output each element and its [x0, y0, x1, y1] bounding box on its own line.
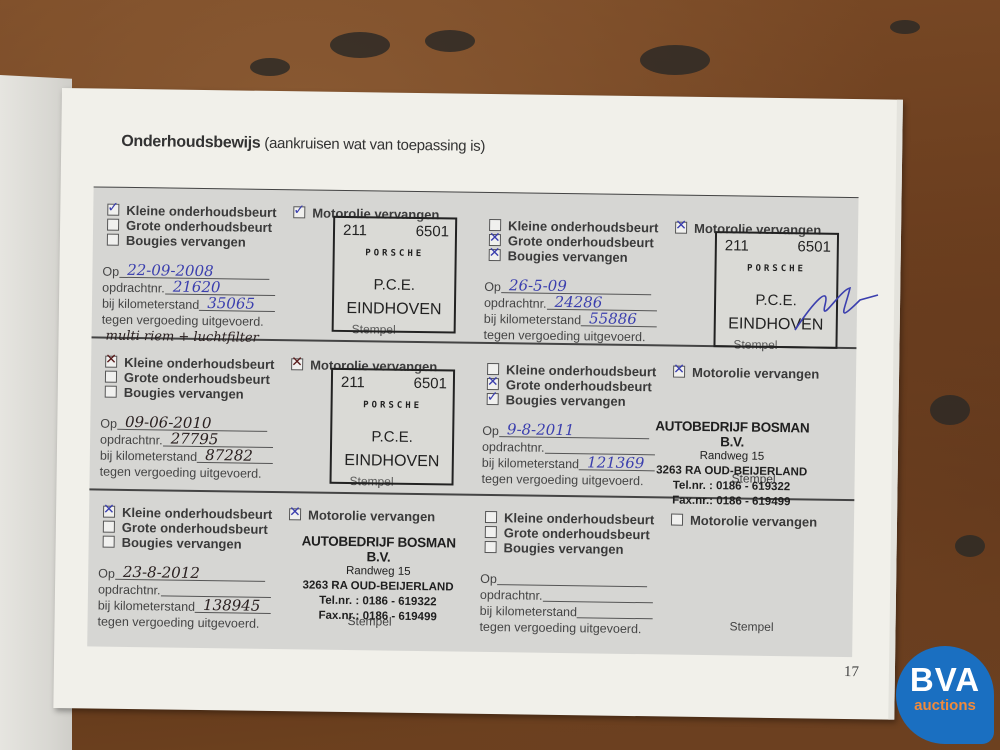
- date-label: Op: [482, 424, 499, 438]
- stamp-brand: PORSCHE: [716, 263, 836, 275]
- checkbox-kleine[interactable]: ✓: [107, 204, 119, 216]
- logo-sub: auctions: [896, 698, 994, 714]
- checkbox-bougies[interactable]: [103, 536, 115, 548]
- date-field: Op23-8-2012: [98, 567, 265, 583]
- order-number-field: opdrachtnr.: [480, 588, 653, 604]
- mileage-input[interactable]: 87282: [197, 450, 273, 464]
- checkbox-kleine[interactable]: ✕: [105, 356, 117, 368]
- order-number-label: opdrachtnr.: [98, 583, 161, 598]
- date-input[interactable]: [497, 572, 647, 587]
- handwritten-note: multi riem + luchtfilter: [105, 329, 258, 346]
- performed-text: tegen vergoeding uitgevoerd.: [483, 328, 645, 344]
- cross-mark-icon: ✕: [291, 354, 303, 368]
- option-label: Bougies vervangen: [124, 385, 244, 402]
- option-motorolie: Motorolie vervangen: [671, 513, 817, 530]
- order-number-input[interactable]: [542, 589, 652, 604]
- option-bougies: Bougies vervangen: [103, 535, 242, 552]
- mileage-field: bij kilometerstand121369: [482, 456, 655, 472]
- maintenance-entry-5: ✕Kleine onderhoudsbeurtGrote onderhoudsb…: [97, 497, 479, 652]
- stamp-brand: PORSCHE: [333, 400, 453, 412]
- garage-city: 3263 RA OUD-BEIJERLAND: [288, 578, 468, 596]
- signature: [790, 280, 880, 340]
- mileage-label: bij kilometerstand: [480, 604, 577, 619]
- cross-mark-icon: ✕: [489, 230, 501, 244]
- date-label: Op: [98, 567, 115, 581]
- date-label: Op: [480, 572, 497, 586]
- logo-name: BVA: [896, 662, 994, 698]
- wood-knot: [955, 535, 985, 557]
- maintenance-entry-3: multi riem + luchtfilter✕Kleine onderhou…: [99, 347, 481, 502]
- checkbox-motorolie[interactable]: ✓: [293, 206, 305, 218]
- option-bougies: ✕Bougies vervangen: [489, 248, 628, 265]
- page-number: 17: [844, 664, 859, 681]
- option-motorolie: ✕Motorolie vervangen: [289, 507, 435, 524]
- option-label: Motorolie vervangen: [308, 507, 435, 524]
- date-value: 23-8-2012: [123, 563, 200, 582]
- option-label: Motorolie vervangen: [690, 513, 817, 530]
- stamp-line1: P.C.E.: [332, 428, 452, 447]
- mileage-label: bij kilometerstand: [102, 297, 199, 312]
- checkbox-bougies[interactable]: [107, 234, 119, 246]
- mileage-input[interactable]: 55886: [581, 313, 657, 327]
- order-number-label: opdrachtnr.: [102, 281, 165, 296]
- maintenance-entry-4: Kleine onderhoudsbeurt✕Grote onderhoudsb…: [481, 354, 863, 509]
- option-label: Bougies vervangen: [122, 535, 242, 552]
- mileage-field: bij kilometerstand138945: [98, 599, 271, 615]
- order-number-label: opdrachtnr.: [482, 440, 545, 455]
- checkbox-grote[interactable]: [103, 521, 115, 533]
- mileage-input[interactable]: [577, 605, 653, 619]
- checkbox-bougies[interactable]: [105, 386, 117, 398]
- mileage-label: bij kilometerstand: [100, 449, 197, 464]
- check-mark-icon: ✓: [107, 200, 119, 214]
- mileage-field: bij kilometerstand35065: [102, 297, 275, 313]
- cross-mark-icon: ✕: [289, 504, 301, 518]
- order-number-label: opdrachtnr.: [480, 588, 543, 603]
- option-label: Bougies vervangen: [506, 392, 626, 409]
- date-label: Op: [484, 280, 501, 294]
- bva-auctions-logo: BVA auctions: [896, 646, 994, 744]
- mileage-field: bij kilometerstand: [480, 604, 653, 620]
- checkbox-grote[interactable]: [105, 371, 117, 383]
- checkbox-grote[interactable]: [107, 219, 119, 231]
- cross-mark-icon: ✕: [487, 374, 499, 388]
- porsche-stamp: 2116501PORSCHEP.C.E.EINDHOVEN: [330, 368, 456, 486]
- mileage-value: 87282: [205, 446, 253, 465]
- mileage-label: bij kilometerstand: [482, 456, 579, 471]
- checkbox-kleine[interactable]: ✕: [103, 506, 115, 518]
- wood-knot: [330, 32, 390, 58]
- checkbox-bougies[interactable]: [485, 541, 497, 553]
- cross-mark-icon: ✕: [103, 502, 115, 516]
- title-bold: Onderhoudsbewijs: [121, 133, 260, 152]
- mileage-input[interactable]: 35065: [199, 298, 275, 312]
- stamp-line1: P.C.E.: [334, 276, 454, 295]
- porsche-stamp: 2116501PORSCHEP.C.E.EINDHOVEN: [332, 216, 458, 334]
- mileage-label: bij kilometerstand: [98, 599, 195, 614]
- date-input[interactable]: 23-8-2012: [115, 567, 265, 582]
- maintenance-entry-6: Kleine onderhoudsbeurtGrote onderhoudsbe…: [479, 502, 861, 657]
- garage-name: AUTOBEDRIJF BOSMAN B.V.: [642, 418, 822, 451]
- garage-city: 3263 RA OUD-BEIJERLAND: [642, 463, 822, 481]
- performed-text: tegen vergoeding uitgevoerd.: [102, 313, 264, 329]
- checkbox-motorolie[interactable]: ✕: [675, 222, 687, 234]
- option-bougies: Bougies vervangen: [485, 540, 624, 557]
- date-value: 9-8-2011: [507, 420, 575, 439]
- date-input[interactable]: 9-8-2011: [499, 424, 649, 439]
- stamp-num1: 211: [341, 374, 365, 391]
- cross-mark-icon: ✕: [673, 362, 685, 376]
- maintenance-entry-1: ✓Kleine onderhoudsbeurtGrote onderhoudsb…: [101, 195, 483, 350]
- checkbox-kleine[interactable]: [485, 511, 497, 523]
- bosman-stamp: AUTOBEDRIJF BOSMAN B.V.Randweg 153263 RA…: [288, 533, 469, 626]
- checkbox-motorolie[interactable]: ✕: [291, 358, 303, 370]
- mileage-value: 121369: [587, 453, 645, 472]
- stamp-num2: 6501: [413, 375, 447, 392]
- mileage-field: bij kilometerstand55886: [484, 312, 657, 328]
- performed-text: tegen vergoeding uitgevoerd.: [479, 620, 641, 636]
- option-label: Bougies vervangen: [126, 233, 246, 250]
- order-number-label: opdrachtnr.: [100, 433, 163, 448]
- stamp-brand: PORSCHE: [335, 248, 455, 260]
- cross-mark-icon: ✕: [489, 245, 501, 259]
- stamp-num1: 211: [343, 222, 367, 239]
- option-bougies: Bougies vervangen: [105, 385, 244, 402]
- option-label: Motorolie vervangen: [692, 365, 819, 382]
- bosman-stamp: AUTOBEDRIJF BOSMAN B.V.Randweg 153263 RA…: [641, 418, 822, 511]
- cross-mark-icon: ✕: [105, 352, 117, 366]
- checkbox-motorolie[interactable]: ✕: [289, 508, 301, 520]
- wood-knot: [425, 30, 475, 52]
- check-mark-icon: ✓: [293, 202, 305, 216]
- date-label: Op: [100, 417, 117, 431]
- wood-knot: [640, 45, 710, 75]
- check-mark-icon: ✓: [487, 389, 499, 403]
- wood-knot: [890, 20, 920, 34]
- page-title: Onderhoudsbewijs (aankruisen wat van toe…: [121, 133, 485, 156]
- mileage-input[interactable]: 138945: [195, 600, 271, 614]
- mileage-label: bij kilometerstand: [484, 312, 581, 327]
- option-label: Bougies vervangen: [508, 248, 628, 265]
- checkbox-grote[interactable]: [485, 526, 497, 538]
- mileage-field: bij kilometerstand87282: [100, 449, 273, 465]
- maintenance-form: ✓Kleine onderhoudsbeurtGrote onderhoudsb…: [87, 186, 858, 657]
- mileage-value: 138945: [203, 596, 261, 615]
- garage-name: AUTOBEDRIJF BOSMAN B.V.: [288, 533, 468, 566]
- performed-text: tegen vergoeding uitgevoerd.: [97, 615, 259, 631]
- wood-knot: [250, 58, 290, 76]
- checkbox-motorolie[interactable]: ✕: [673, 366, 685, 378]
- garage-fax: Fax.nr.: 0186 - 619499: [288, 608, 468, 626]
- checkbox-bougies[interactable]: ✕: [489, 249, 501, 261]
- option-motorolie: ✕Motorolie vervangen: [673, 365, 819, 382]
- stamp-label: Stempel: [729, 619, 773, 634]
- option-bougies: ✓Bougies vervangen: [487, 392, 626, 409]
- wood-knot: [930, 395, 970, 425]
- checkbox-bougies[interactable]: ✓: [487, 393, 499, 405]
- stamp-num2: 6501: [416, 223, 450, 240]
- option-bougies: Bougies vervangen: [107, 233, 246, 250]
- performed-text: tegen vergoeding uitgevoerd.: [481, 472, 643, 488]
- mileage-value: 35065: [207, 294, 255, 313]
- stamp-line2: EINDHOVEN: [334, 300, 454, 320]
- date-field: Op9-8-2011: [482, 424, 649, 440]
- booklet-page: Onderhoudsbewijs (aankruisen wat van toe…: [53, 88, 903, 720]
- performed-text: tegen vergoeding uitgevoerd.: [100, 465, 262, 481]
- cross-mark-icon: ✕: [675, 218, 687, 232]
- order-number-label: opdrachtnr.: [484, 296, 547, 311]
- date-field: Op: [480, 572, 647, 588]
- checkbox-motorolie[interactable]: [671, 514, 683, 526]
- option-label: Bougies vervangen: [504, 540, 624, 557]
- title-note: (aankruisen wat van toepassing is): [264, 135, 485, 155]
- stamp-num1: 211: [725, 237, 749, 254]
- mileage-value: 55886: [589, 309, 637, 328]
- stamp-num2: 6501: [797, 238, 831, 255]
- stamp-line2: EINDHOVEN: [332, 452, 452, 472]
- date-label: Op: [102, 265, 119, 279]
